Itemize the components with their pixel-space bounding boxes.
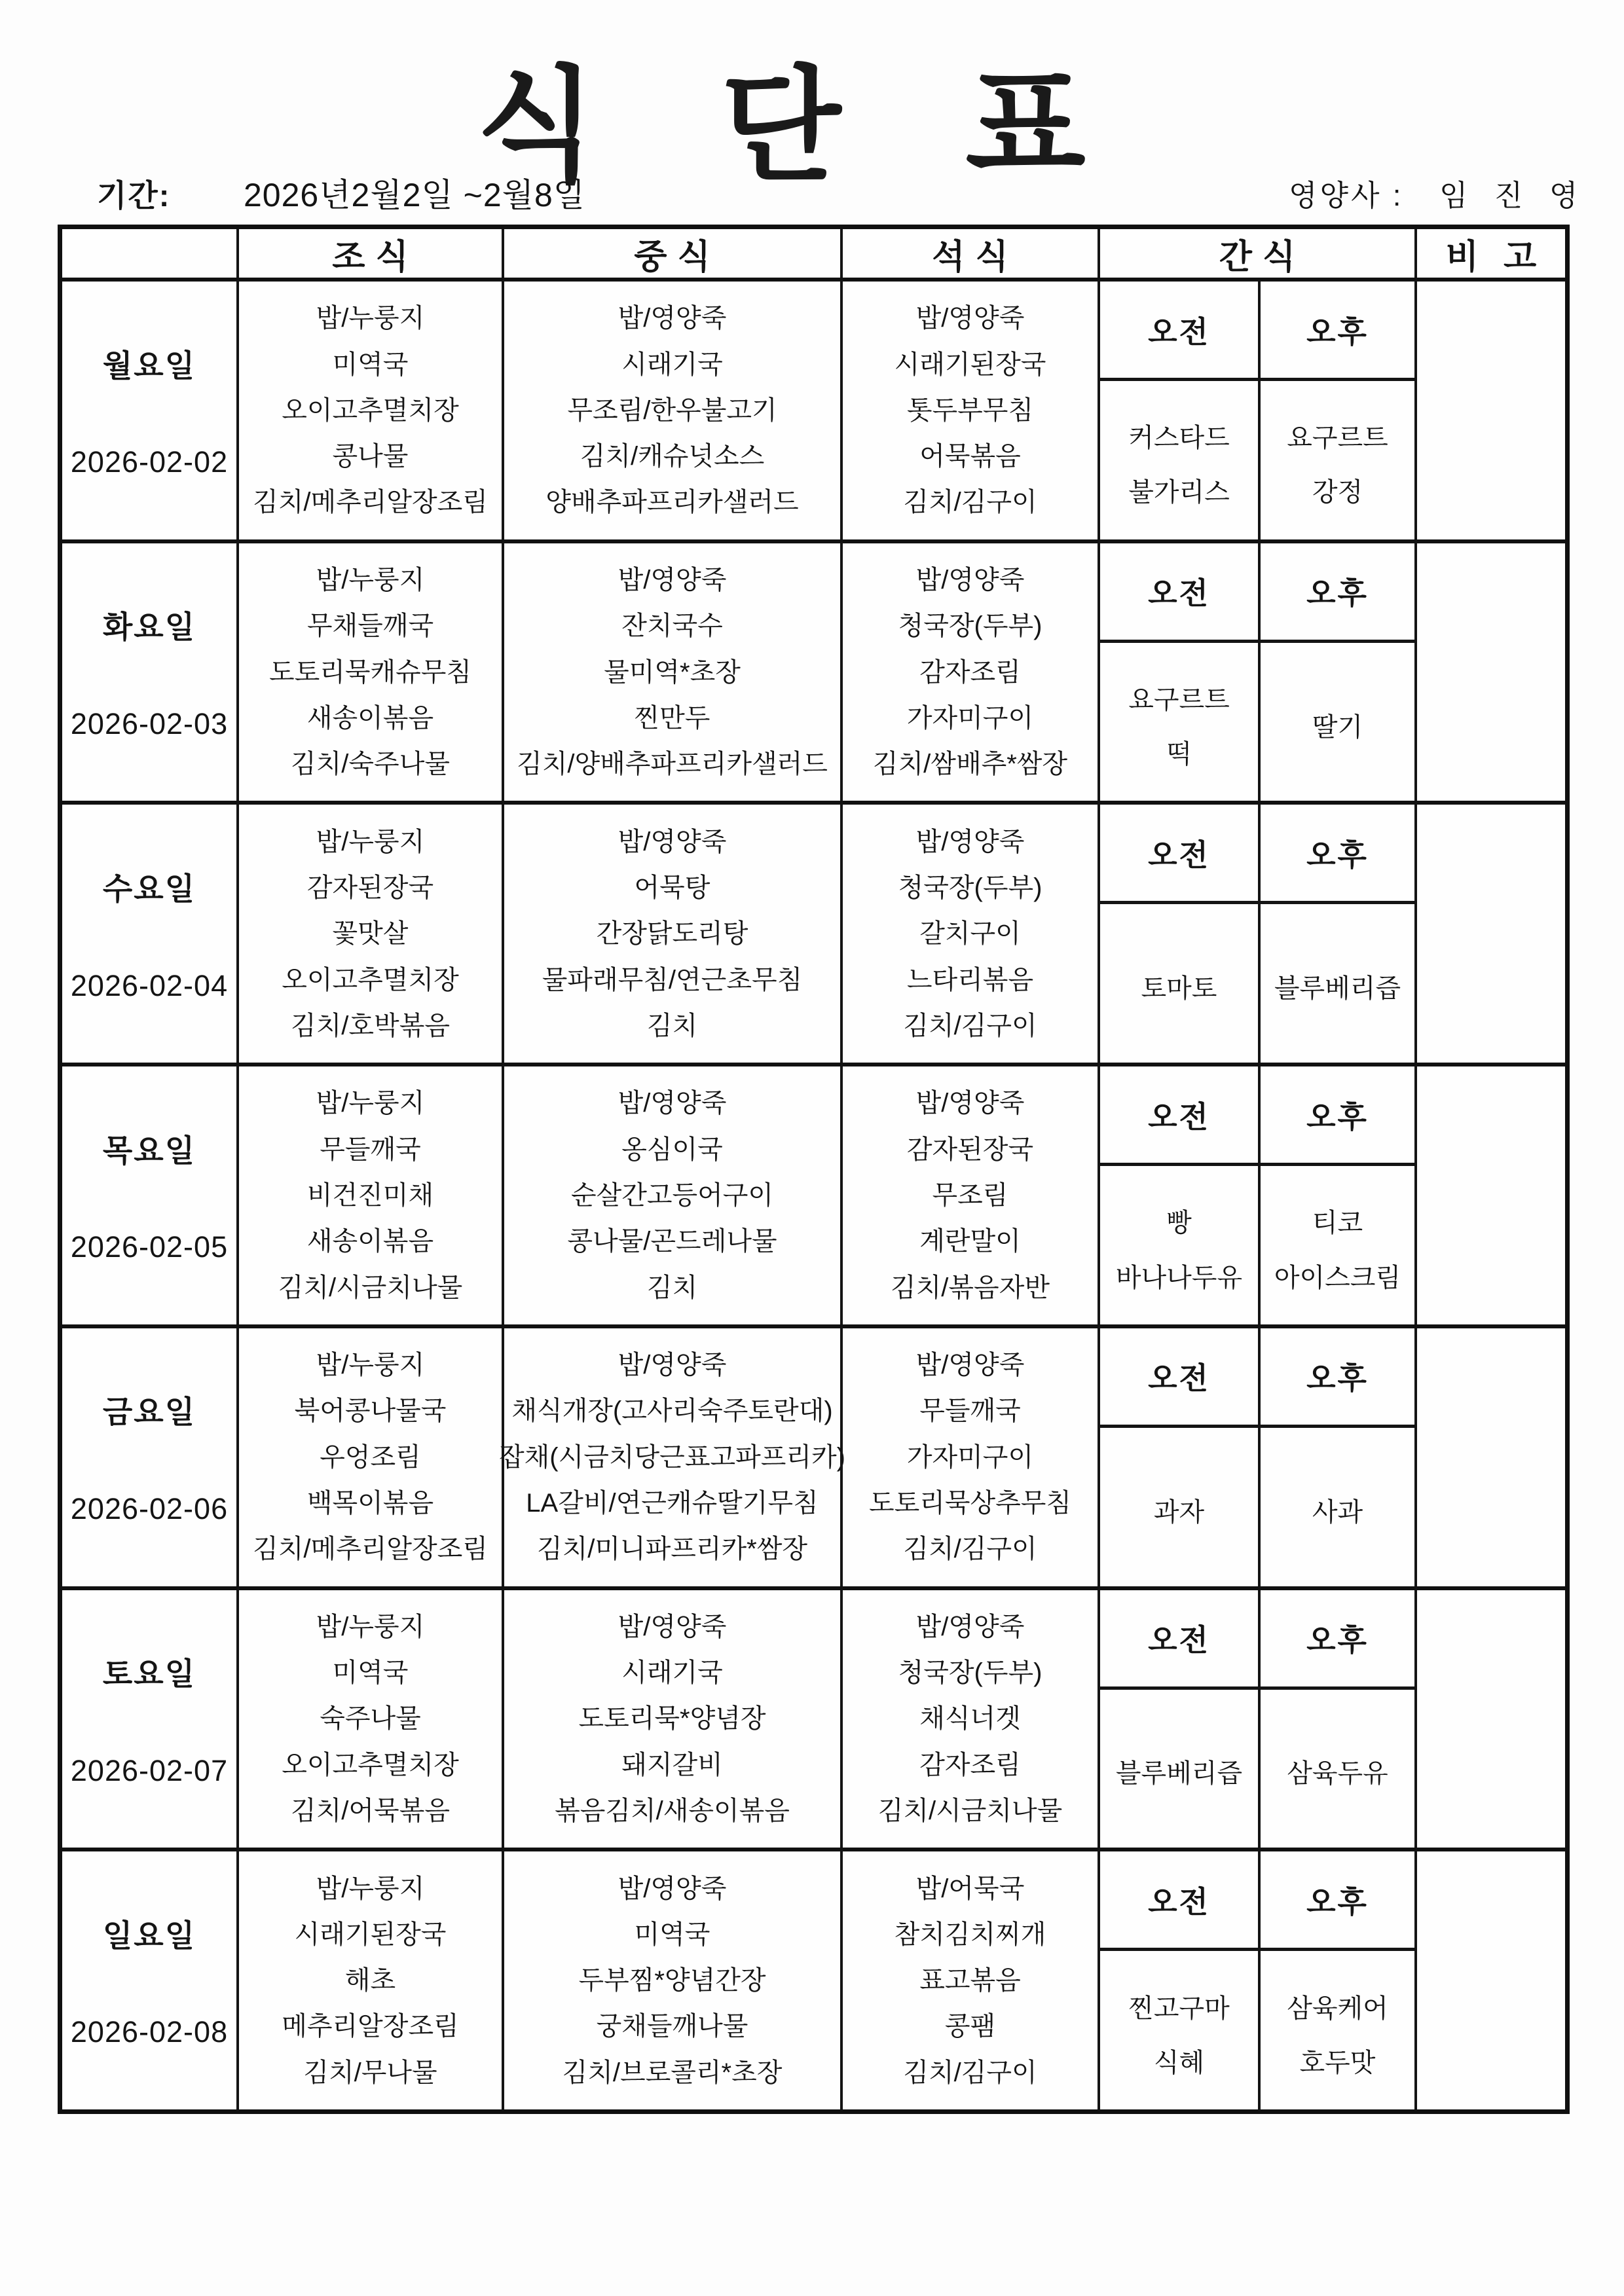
menu-item: 밥/영양죽: [618, 1613, 727, 1641]
menu-item: 바나나두유: [1116, 1264, 1242, 1292]
day-name: 수요일: [103, 865, 196, 909]
period-label: 기간:: [97, 172, 170, 215]
day-cell: 목요일 2026-02-05: [62, 1063, 239, 1324]
note-cell: [1417, 1586, 1565, 1848]
menu-item: 밥/영양죽: [618, 304, 727, 333]
menu-item: 김치/메추리알장조림: [253, 488, 488, 517]
dinner-cell: 밥/영양죽감자된장국무조림계란말이김치/볶음자반: [843, 1063, 1100, 1324]
menu-item: 커스타드: [1128, 424, 1230, 452]
menu-item: 블루베리즙: [1116, 1759, 1242, 1788]
menu-item: 김치: [647, 1011, 697, 1040]
menu-item: 순살간고등어구이: [571, 1181, 773, 1210]
breakfast-cell: 밥/누룽지미역국숙주나물오이고추멸치장김치/어묵볶음: [239, 1586, 504, 1848]
lunch-cell: 밥/영양죽어묵탕간장닭도리탕물파래무침/연근초무침김치: [504, 801, 843, 1063]
snack-am-cell: 토마토: [1100, 904, 1261, 1063]
menu-item: 김치: [647, 1273, 697, 1302]
day-cell: 토요일 2026-02-07: [62, 1586, 239, 1848]
note-cell: [1417, 278, 1565, 539]
menu-item: 강정: [1312, 478, 1363, 507]
snack-am-cell: 찐고구마식혜: [1100, 1951, 1261, 2109]
menu-item: 밥/누룽지: [316, 1874, 425, 1903]
menu-item: 채식개장(고사리숙주토란대): [511, 1396, 832, 1425]
menu-item: 미역국: [635, 1920, 710, 1949]
lunch-cell: 밥/영양죽채식개장(고사리숙주토란대)잡채(시금치당근표고파프리카)LA갈비/연…: [504, 1324, 843, 1586]
menu-item: 딸기: [1312, 713, 1363, 742]
snack-pm-header: 오후: [1261, 1328, 1414, 1428]
menu-item: 김치/호박볶음: [291, 1011, 450, 1040]
menu-item: 찐고구마: [1128, 1994, 1230, 2023]
menu-item: 궁채들깨나물: [597, 2012, 748, 2041]
note-cell: [1417, 1324, 1565, 1586]
menu-item: 북어콩나물국: [295, 1396, 447, 1425]
day-name: 토요일: [103, 1650, 196, 1694]
day-date: 2026-02-05: [71, 1230, 228, 1264]
menu-item: 김치/어묵볶음: [291, 1796, 450, 1825]
menu-item: 밥/영양죽: [916, 1613, 1025, 1641]
menu-item: 밥/누룽지: [316, 1351, 425, 1379]
menu-item: 돼지갈비: [621, 1751, 723, 1779]
menu-item: 계란말이: [919, 1227, 1021, 1256]
menu-item: 잔치국수: [621, 611, 723, 640]
note-cell: [1417, 539, 1565, 801]
menu-item: 어묵탕: [635, 873, 710, 902]
menu-item: 가자미구이: [907, 704, 1033, 733]
menu-item: 양배추파프리카샐러드: [545, 488, 798, 517]
lunch-cell: 밥/영양죽미역국두부찜*양념간장궁채들깨나물김치/브로콜리*초장: [504, 1848, 843, 2109]
dinner-cell: 밥/영양죽청국장(두부)감자조림가자미구이김치/쌈배추*쌈장: [843, 539, 1100, 801]
nutritionist-name: 임 진 영: [1439, 179, 1587, 212]
snack-pm-header: 오후: [1261, 1066, 1414, 1166]
snack-pm-cell: 삼육케어호두맛: [1261, 1951, 1414, 2109]
menu-item: 밥/영양죽: [916, 828, 1025, 856]
snack-pm-cell: 딸기: [1261, 643, 1414, 801]
snack-pm-header: 오후: [1261, 543, 1414, 643]
snack-pm-cell: 요구르트강정: [1261, 381, 1414, 539]
menu-item: 블루베리즙: [1274, 974, 1401, 1003]
dinner-cell: 밥/영양죽청국장(두부)채식너겟감자조림김치/시금치나물: [843, 1586, 1100, 1848]
menu-item: 밥/어묵국: [916, 1874, 1025, 1903]
menu-item: 감자된장국: [307, 873, 434, 902]
snack-pm-cell: 삼육두유: [1261, 1690, 1414, 1848]
menu-item: 볶음김치/새송이볶음: [555, 1796, 790, 1825]
menu-item: 시래기국: [621, 1658, 723, 1687]
menu-item: 밥/누룽지: [316, 566, 425, 594]
lunch-cell: 밥/영양죽시래기국도토리묵*양념장돼지갈비볶음김치/새송이볶음: [504, 1586, 843, 1848]
column-header-snack: 간식: [1100, 229, 1417, 278]
column-header-dinner: 석식: [843, 229, 1100, 278]
menu-item: 미역국: [333, 350, 409, 379]
snack-cell: 오전 오후 요구르트떡 딸기: [1100, 539, 1417, 801]
menu-item: 밥/누룽지: [316, 1613, 425, 1641]
menu-item: 호두맛: [1300, 2049, 1376, 2077]
menu-item: 무들깨국: [320, 1135, 421, 1164]
menu-item: 새송이볶음: [307, 704, 434, 733]
snack-pm-header: 오후: [1261, 1851, 1414, 1951]
menu-item: 밥/영양죽: [618, 828, 727, 856]
menu-item: 청국장(두부): [898, 873, 1043, 902]
note-cell: [1417, 1848, 1565, 2109]
menu-item: 어묵볶음: [919, 442, 1021, 471]
menu-item: 김치/시금치나물: [878, 1796, 1063, 1825]
day-date: 2026-02-02: [71, 445, 228, 479]
menu-item: 김치/쌈배추*쌈장: [873, 750, 1067, 778]
snack-am-header: 오전: [1100, 805, 1261, 904]
column-header-breakfast: 조식: [239, 229, 504, 278]
day-name: 금요일: [103, 1388, 196, 1432]
menu-item: 김치/무나물: [303, 2058, 437, 2087]
menu-item: 해초: [345, 1966, 396, 1995]
menu-item: 떡: [1166, 740, 1192, 769]
menu-item: 새송이볶음: [307, 1227, 434, 1256]
menu-item: 김치/미니파프리카*쌈장: [537, 1535, 807, 1563]
menu-item: 삼육두유: [1287, 1759, 1388, 1788]
menu-item: 김치/김구이: [903, 1535, 1037, 1563]
day-name: 월요일: [103, 342, 196, 386]
menu-item: 밥/영양죽: [618, 1351, 727, 1379]
menu-item: 감자된장국: [907, 1135, 1033, 1164]
day-name: 화요일: [103, 603, 196, 647]
menu-item: 밥/영양죽: [916, 304, 1025, 333]
snack-am-header: 오전: [1100, 1066, 1261, 1166]
menu-item: 숙주나물: [320, 1704, 421, 1733]
menu-item: 삼육케어: [1287, 1994, 1388, 2023]
snack-am-cell: 과자: [1100, 1428, 1261, 1586]
dinner-cell: 밥/영양죽시래기된장국톳두부무침어묵볶음김치/김구이: [843, 278, 1100, 539]
menu-item: 도토리묵*양념장: [578, 1704, 766, 1733]
column-header-note: 비고: [1417, 229, 1565, 278]
day-name: 목요일: [103, 1127, 196, 1171]
menu-item: 불가리스: [1128, 478, 1230, 507]
menu-item: 표고볶음: [919, 1966, 1021, 1995]
menu-item: 밥/영양죽: [916, 1351, 1025, 1379]
lunch-cell: 밥/영양죽시래기국무조림/한우불고기김치/캐슈넛소스양배추파프리카샐러드: [504, 278, 843, 539]
menu-item: 빵: [1166, 1209, 1192, 1237]
menu-item: 밥/누룽지: [316, 1089, 425, 1118]
menu-item: 무조림: [932, 1181, 1008, 1210]
period-value: 2026년2월2일 ~2월8일: [244, 169, 585, 216]
menu-item: 김치/김구이: [903, 488, 1037, 517]
snack-cell: 오전 오후 토마토 블루베리즙: [1100, 801, 1417, 1063]
menu-table: 조식 중식 석식 간식 비고 월요일 2026-02-02 밥/누룽지미역국오이…: [58, 225, 1570, 2114]
day-cell: 금요일 2026-02-06: [62, 1324, 239, 1586]
snack-am-header: 오전: [1100, 1851, 1261, 1951]
menu-item: 두부찜*양념간장: [578, 1966, 766, 1995]
snack-pm-cell: 블루베리즙: [1261, 904, 1414, 1063]
breakfast-cell: 밥/누룽지시래기된장국해초메추리알장조림김치/무나물: [239, 1848, 504, 2109]
snack-am-header: 오전: [1100, 1328, 1261, 1428]
snack-am-header: 오전: [1100, 543, 1261, 643]
menu-item: 참치김치찌개: [895, 1920, 1046, 1949]
day-cell: 수요일 2026-02-04: [62, 801, 239, 1063]
menu-item: 무조림/한우불고기: [567, 396, 777, 425]
menu-item: 톳두부무침: [907, 396, 1033, 425]
lunch-cell: 밥/영양죽잔치국수물미역*초장찐만두김치/양배추파프리카샐러드: [504, 539, 843, 801]
menu-item: 김치/브로콜리*초장: [563, 2058, 783, 2087]
menu-item: 찐만두: [635, 704, 710, 733]
dinner-cell: 밥/어묵국참치김치찌개표고볶음콩팸김치/김구이: [843, 1848, 1100, 2109]
menu-item: 콩팸: [945, 2012, 995, 2041]
snack-pm-header: 오후: [1261, 805, 1414, 904]
snack-cell: 오전 오후 찐고구마식혜 삼육케어호두맛: [1100, 1848, 1417, 2109]
breakfast-cell: 밥/누룽지감자된장국꽃맛살오이고추멸치장김치/호박볶음: [239, 801, 504, 1063]
snack-pm-cell: 사과: [1261, 1428, 1414, 1586]
menu-item: 밥/영양죽: [618, 1874, 727, 1903]
snack-cell: 오전 오후 과자 사과: [1100, 1324, 1417, 1586]
lunch-cell: 밥/영양죽옹심이국순살간고등어구이콩나물/곤드레나물김치: [504, 1063, 843, 1324]
menu-item: 과자: [1154, 1498, 1204, 1527]
menu-item: 밥/영양죽: [618, 566, 727, 594]
menu-item: 오이고추멸치장: [282, 396, 458, 425]
menu-item: 김치/김구이: [903, 2058, 1037, 2087]
snack-pm-cell: 티코아이스크림: [1261, 1166, 1414, 1324]
menu-item: 느타리볶음: [907, 966, 1033, 994]
menu-item: 시래기된장국: [895, 350, 1046, 379]
menu-item: 메추리알장조림: [282, 2012, 458, 2041]
menu-item: 밥/누룽지: [316, 828, 425, 856]
menu-item: 김치/김구이: [903, 1011, 1037, 1040]
snack-cell: 오전 오후 블루베리즙 삼육두유: [1100, 1586, 1417, 1848]
breakfast-cell: 밥/누룽지미역국오이고추멸치장콩나물김치/메추리알장조림: [239, 278, 504, 539]
day-cell: 일요일 2026-02-08: [62, 1848, 239, 2109]
snack-cell: 오전 오후 커스타드불가리스 요구르트강정: [1100, 278, 1417, 539]
menu-item: 식혜: [1154, 2049, 1204, 2077]
menu-item: 시래기된장국: [295, 1920, 447, 1949]
menu-item: 간장닭도리탕: [597, 919, 748, 948]
menu-item: 물미역*초장: [604, 658, 741, 687]
menu-item: 감자조림: [919, 1751, 1021, 1779]
snack-am-header: 오전: [1100, 282, 1261, 381]
nutritionist-label: 영양사 :: [1289, 179, 1403, 212]
menu-item: 김치/메추리알장조림: [253, 1535, 488, 1563]
day-cell: 월요일 2026-02-02: [62, 278, 239, 539]
menu-item: 티코: [1312, 1209, 1363, 1237]
menu-item: 비건진미채: [307, 1181, 434, 1210]
day-name: 일요일: [103, 1912, 196, 1956]
menu-item: 밥/누룽지: [316, 304, 425, 333]
menu-item: 꽃맛살: [333, 919, 409, 948]
day-date: 2026-02-03: [71, 707, 228, 741]
menu-item: 밥/영양죽: [916, 1089, 1025, 1118]
menu-item: 시래기국: [621, 350, 723, 379]
snack-pm-header: 오후: [1261, 1590, 1414, 1690]
menu-item: 밥/영양죽: [916, 566, 1025, 594]
menu-item: 감자조림: [919, 658, 1021, 687]
snack-am-cell: 빵바나나두유: [1100, 1166, 1261, 1324]
note-cell: [1417, 1063, 1565, 1324]
menu-item: 우엉조림: [320, 1443, 421, 1472]
dinner-cell: 밥/영양죽청국장(두부)갈치구이느타리볶음김치/김구이: [843, 801, 1100, 1063]
menu-item: 오이고추멸치장: [282, 966, 458, 994]
day-date: 2026-02-06: [71, 1492, 228, 1526]
breakfast-cell: 밥/누룽지북어콩나물국우엉조림백목이볶음김치/메추리알장조림: [239, 1324, 504, 1586]
corner-cell: [62, 229, 239, 278]
snack-am-cell: 블루베리즙: [1100, 1690, 1261, 1848]
snack-am-header: 오전: [1100, 1590, 1261, 1690]
menu-item: 갈치구이: [919, 919, 1021, 948]
menu-item: 청국장(두부): [898, 611, 1043, 640]
meta-row: 기간: 2026년2월2일 ~2월8일 영양사 : 임 진 영: [0, 165, 1624, 224]
day-cell: 화요일 2026-02-03: [62, 539, 239, 801]
menu-item: 무들깨국: [919, 1396, 1021, 1425]
meal-plan-page: 식단표 기간: 2026년2월2일 ~2월8일 영양사 : 임 진 영 조식 중…: [0, 0, 1624, 2296]
menu-item: 김치/숙주나물: [291, 750, 450, 778]
menu-item: 요구르트: [1128, 685, 1230, 714]
menu-item: 잡채(시금치당근표고파프리카): [499, 1443, 845, 1472]
menu-item: 무채들깨국: [307, 611, 434, 640]
menu-item: 김치/시금치나물: [278, 1273, 463, 1302]
menu-item: 도토리묵상추무침: [869, 1489, 1071, 1518]
menu-item: 김치/양배추파프리카샐러드: [517, 750, 828, 778]
nutritionist: 영양사 : 임 진 영: [1289, 172, 1587, 214]
menu-item: 미역국: [333, 1658, 409, 1687]
menu-item: 채식너겟: [919, 1704, 1021, 1733]
note-cell: [1417, 801, 1565, 1063]
dinner-cell: 밥/영양죽무들깨국가자미구이도토리묵상추무침김치/김구이: [843, 1324, 1100, 1586]
menu-item: 콩나물: [333, 442, 409, 471]
menu-item: 토마토: [1141, 974, 1217, 1003]
menu-item: 김치/볶음자반: [891, 1273, 1050, 1302]
snack-am-cell: 커스타드불가리스: [1100, 381, 1261, 539]
menu-item: 물파래무침/연근초무침: [542, 966, 803, 994]
menu-item: 사과: [1312, 1498, 1363, 1527]
menu-item: 옹심이국: [621, 1135, 723, 1164]
menu-item: 도토리묵캐슈무침: [269, 658, 471, 687]
column-header-lunch: 중식: [504, 229, 843, 278]
menu-item: 가자미구이: [907, 1443, 1033, 1472]
day-date: 2026-02-04: [71, 969, 228, 1003]
snack-cell: 오전 오후 빵바나나두유 티코아이스크림: [1100, 1063, 1417, 1324]
day-date: 2026-02-08: [71, 2015, 228, 2049]
menu-item: 요구르트: [1287, 424, 1388, 452]
menu-item: 청국장(두부): [898, 1658, 1043, 1687]
menu-item: 백목이볶음: [307, 1489, 434, 1518]
snack-am-cell: 요구르트떡: [1100, 643, 1261, 801]
menu-item: 오이고추멸치장: [282, 1751, 458, 1779]
menu-item: 김치/캐슈넛소스: [580, 442, 765, 471]
breakfast-cell: 밥/누룽지무들깨국비건진미채새송이볶음김치/시금치나물: [239, 1063, 504, 1324]
menu-item: 아이스크림: [1274, 1264, 1401, 1292]
menu-item: 콩나물/곤드레나물: [567, 1227, 777, 1256]
breakfast-cell: 밥/누룽지무채들깨국도토리묵캐슈무침새송이볶음김치/숙주나물: [239, 539, 504, 801]
snack-pm-header: 오후: [1261, 282, 1414, 381]
day-date: 2026-02-07: [71, 1754, 228, 1788]
menu-item: 밥/영양죽: [618, 1089, 727, 1118]
menu-item: LA갈비/연근캐슈딸기무침: [526, 1489, 818, 1518]
